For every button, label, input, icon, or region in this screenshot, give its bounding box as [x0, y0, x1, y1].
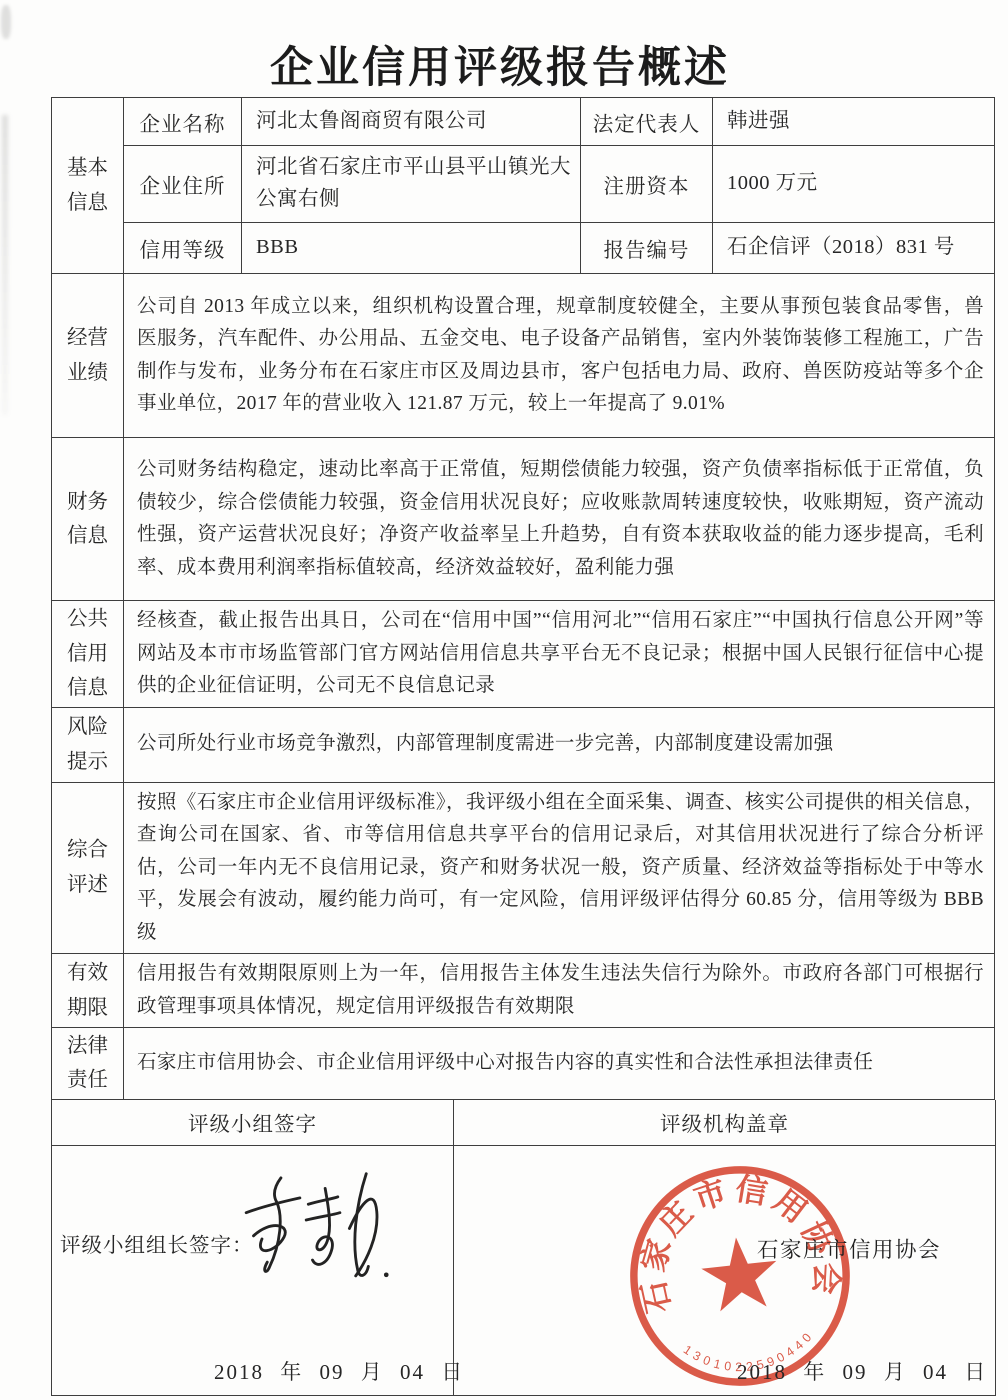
team-leader-sign-label: 评级小组组长签字：	[60, 1228, 254, 1258]
section-text-overall-review: 按照《石家庄市企业信用评级标准》，我评级小组在全面采集、调查、核实公司提供的相关…	[124, 782, 995, 954]
field-label-registered-capital: 注册资本	[581, 146, 713, 223]
field-value-company-name: 河北太鲁阁商贸有限公司	[242, 98, 581, 146]
section-label-financial-info: 财务信息	[52, 438, 124, 601]
section-text-public-credit-info: 经核查，截止报告出具日，公司在“信用中国”“信用河北”“信用石家庄”“中国执行信…	[124, 601, 995, 708]
section-text-business-performance: 公司自 2013 年成立以来，组织机构设置合理，规章制度较健全，主要从事预包装食…	[124, 274, 995, 438]
signature-header-team: 评级小组签字	[52, 1100, 454, 1146]
team-signature-cell: 评级小组组长签字： 2018 年 09 月 04 日	[52, 1146, 454, 1395]
section-text-legal-liability: 石家庄市信用协会、市企业信用评级中心对报告内容的真实性和合法性承担法律责任	[124, 1028, 995, 1100]
field-label-company-address: 企业住所	[124, 146, 242, 223]
field-label-credit-rating: 信用等级	[124, 223, 242, 274]
section-label-public-credit-info: 公共信用信息	[52, 601, 124, 708]
table-row: 企业住所 河北省石家庄市平山县平山镇光大公寓右侧 注册资本 1000 万元	[52, 146, 995, 223]
table-row: 法律责任 石家庄市信用协会、市企业信用评级中心对报告内容的真实性和合法性承担法律…	[52, 1028, 995, 1100]
field-label-company-name: 企业名称	[124, 98, 242, 146]
field-label-legal-representative: 法定代表人	[581, 98, 713, 146]
signature-block: 评级小组签字 评级机构盖章 评级小组组长签字： 2018 年 09 月 04 日	[51, 1100, 996, 1396]
section-text-financial-info: 公司财务结构稳定，速动比率高于正常值，短期偿债能力较强，资产负债率指标低于正常值…	[124, 438, 995, 601]
field-value-report-number: 石企信评（2018）831 号	[713, 223, 995, 274]
section-label-business-performance: 经营业绩	[52, 274, 124, 438]
scan-smudge	[2, 115, 8, 415]
section-label-legal-liability: 法律责任	[52, 1028, 124, 1100]
agency-seal-date: 2018 年 09 月 04 日	[737, 1356, 987, 1386]
field-value-registered-capital: 1000 万元	[713, 146, 995, 223]
section-label-validity-period: 有效期限	[52, 954, 124, 1028]
table-row: 经营业绩 公司自 2013 年成立以来，组织机构设置合理，规章制度较健全，主要从…	[52, 274, 995, 438]
table-row: 财务信息 公司财务结构稳定，速动比率高于正常值，短期偿债能力较强，资产负债率指标…	[52, 438, 995, 601]
field-value-legal-representative: 韩进强	[713, 98, 995, 146]
section-label-risk-warning: 风险提示	[52, 707, 124, 782]
table-row: 公共信用信息 经核查，截止报告出具日，公司在“信用中国”“信用河北”“信用石家庄…	[52, 601, 995, 708]
table-row: 风险提示 公司所处行业市场竞争激烈，内部管理制度需进一步完善，内部制度建设需加强	[52, 707, 995, 782]
document-page: 企业信用评级报告概述 基本信息 企业名称 河北太鲁阁商贸有限公司 法定代表人 韩…	[0, 0, 1008, 1400]
agency-seal-cell: 石家庄市信用协会 1301022590440 石家庄市信用协会 2018 年 0…	[454, 1146, 995, 1395]
table-row: 综合评述 按照《石家庄市企业信用评级标准》，我评级小组在全面采集、调查、核实公司…	[52, 782, 995, 954]
agency-name-text: 石家庄市信用协会	[757, 1233, 941, 1264]
section-text-risk-warning: 公司所处行业市场竞争激烈，内部管理制度需进一步完善，内部制度建设需加强	[124, 707, 995, 782]
table-row: 有效期限 信用报告有效期限原则上为一年，信用报告主体发生违法失信行为除外。市政府…	[52, 954, 995, 1028]
section-label-overall-review: 综合评述	[52, 782, 124, 954]
table-row: 信用等级 BBB 报告编号 石企信评（2018）831 号	[52, 223, 995, 274]
handwritten-signature	[243, 1168, 401, 1310]
report-table: 基本信息 企业名称 河北太鲁阁商贸有限公司 法定代表人 韩进强 企业住所 河北省…	[51, 97, 994, 1396]
field-value-company-address: 河北省石家庄市平山县平山镇光大公寓右侧	[242, 146, 581, 223]
section-text-validity-period: 信用报告有效期限原则上为一年，信用报告主体发生违法失信行为除外。市政府各部门可根…	[124, 954, 995, 1028]
page-title: 企业信用评级报告概述	[0, 34, 1000, 95]
section-label-basic-info: 基本信息	[52, 98, 124, 274]
table-row: 基本信息 企业名称 河北太鲁阁商贸有限公司 法定代表人 韩进强	[52, 98, 995, 146]
field-value-credit-rating: BBB	[242, 223, 581, 274]
signature-header-agency: 评级机构盖章	[454, 1100, 995, 1146]
team-signature-date: 2018 年 09 月 04 日	[214, 1356, 464, 1386]
field-label-report-number: 报告编号	[581, 223, 713, 274]
